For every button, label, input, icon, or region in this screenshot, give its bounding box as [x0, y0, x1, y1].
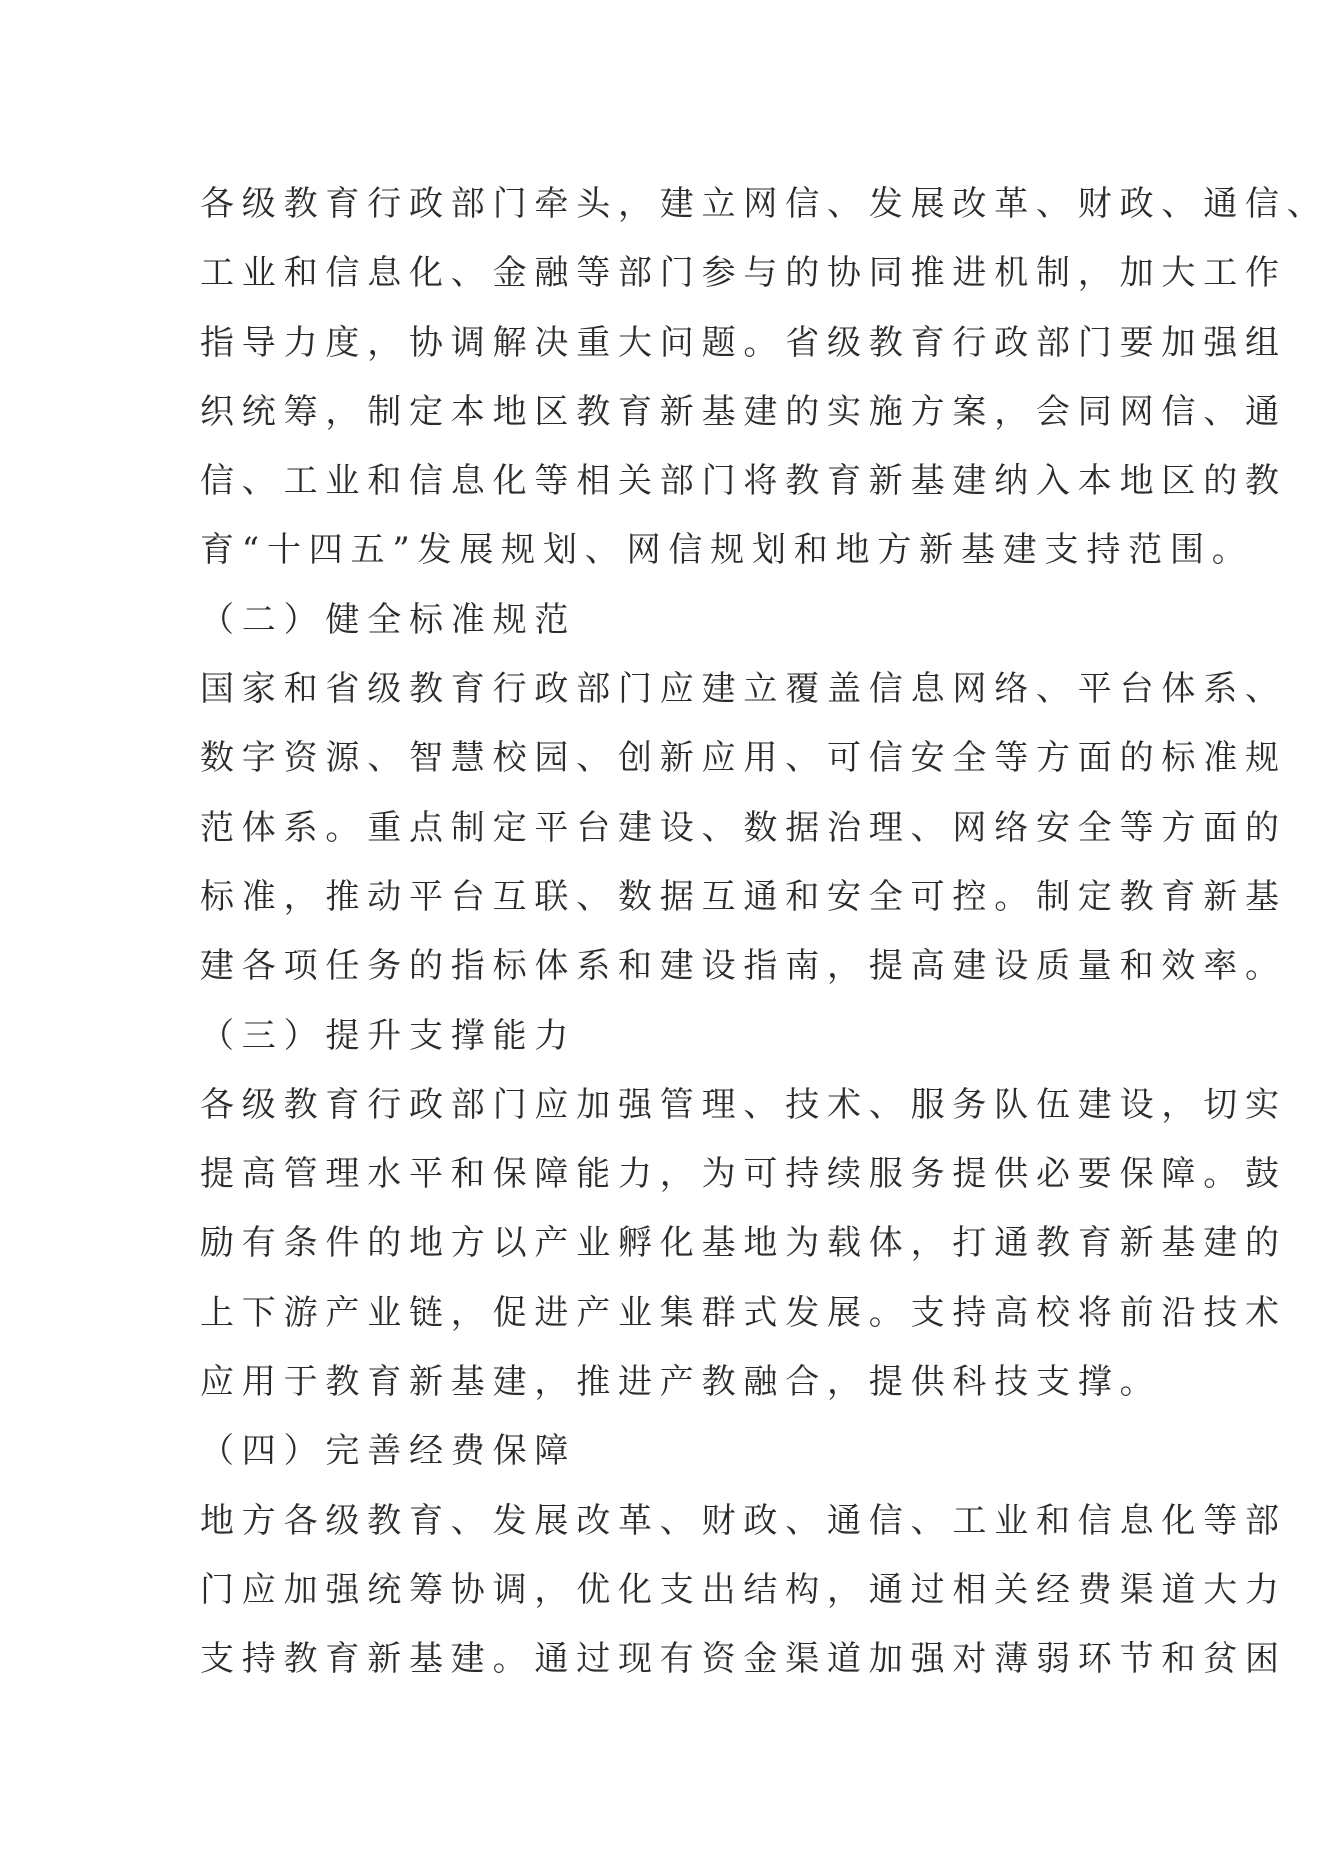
text-line: 门应加强统筹协调，优化支出结构，通过相关经费渠道大力	[200, 1556, 1130, 1625]
text-line: 指导力度，协调解决重大问题。省级教育行政部门要加强组	[200, 309, 1130, 378]
text-line: 上下游产业链，促进产业集群式发展。支持高校将前沿技术	[200, 1279, 1130, 1348]
section-heading-support: （三）提升支撑能力	[200, 1002, 1130, 1071]
paragraph-support: 各级教育行政部门应加强管理、技术、服务队伍建设，切实 提高管理水平和保障能力，为…	[200, 1071, 1130, 1417]
text-line: 励有条件的地方以产业孵化基地为载体，打通教育新基建的	[200, 1209, 1130, 1278]
text-line: 提高管理水平和保障能力，为可持续服务提供必要保障。鼓	[200, 1140, 1130, 1209]
text-line: 范体系。重点制定平台建设、数据治理、网络安全等方面的	[200, 794, 1130, 863]
text-line: 织统筹，制定本地区教育新基建的实施方案，会同网信、通	[200, 378, 1130, 447]
text-line: 各级教育行政部门牵头，建立网信、发展改革、财政、通信、	[200, 170, 1130, 239]
text-line: 育“十四五”发展规划、网信规划和地方新基建支持范围。	[200, 516, 1130, 585]
text-line: 数字资源、智慧校园、创新应用、可信安全等方面的标准规	[200, 724, 1130, 793]
text-line: 工业和信息化、金融等部门参与的协同推进机制，加大工作	[200, 239, 1130, 308]
paragraph-standards: 国家和省级教育行政部门应建立覆盖信息网络、平台体系、 数字资源、智慧校园、创新应…	[200, 655, 1130, 1001]
section-heading-standards: （二）健全标准规范	[200, 586, 1130, 655]
paragraph-coordination: 各级教育行政部门牵头，建立网信、发展改革、财政、通信、 工业和信息化、金融等部门…	[200, 170, 1130, 586]
text-line: 支持教育新基建。通过现有资金渠道加强对薄弱环节和贫困	[200, 1625, 1130, 1694]
document-page: 各级教育行政部门牵头，建立网信、发展改革、财政、通信、 工业和信息化、金融等部门…	[200, 170, 1130, 1695]
paragraph-funding: 地方各级教育、发展改革、财政、通信、工业和信息化等部 门应加强统筹协调，优化支出…	[200, 1487, 1130, 1695]
text-line: 标准，推动平台互联、数据互通和安全可控。制定教育新基	[200, 863, 1130, 932]
text-line: 各级教育行政部门应加强管理、技术、服务队伍建设，切实	[200, 1071, 1130, 1140]
text-line: 建各项任务的指标体系和建设指南，提高建设质量和效率。	[200, 932, 1130, 1001]
text-line: 地方各级教育、发展改革、财政、通信、工业和信息化等部	[200, 1487, 1130, 1556]
section-heading-funding: （四）完善经费保障	[200, 1417, 1130, 1486]
text-line: 国家和省级教育行政部门应建立覆盖信息网络、平台体系、	[200, 655, 1130, 724]
text-line: 应用于教育新基建，推进产教融合，提供科技支撑。	[200, 1348, 1130, 1417]
text-line: 信、工业和信息化等相关部门将教育新基建纳入本地区的教	[200, 447, 1130, 516]
